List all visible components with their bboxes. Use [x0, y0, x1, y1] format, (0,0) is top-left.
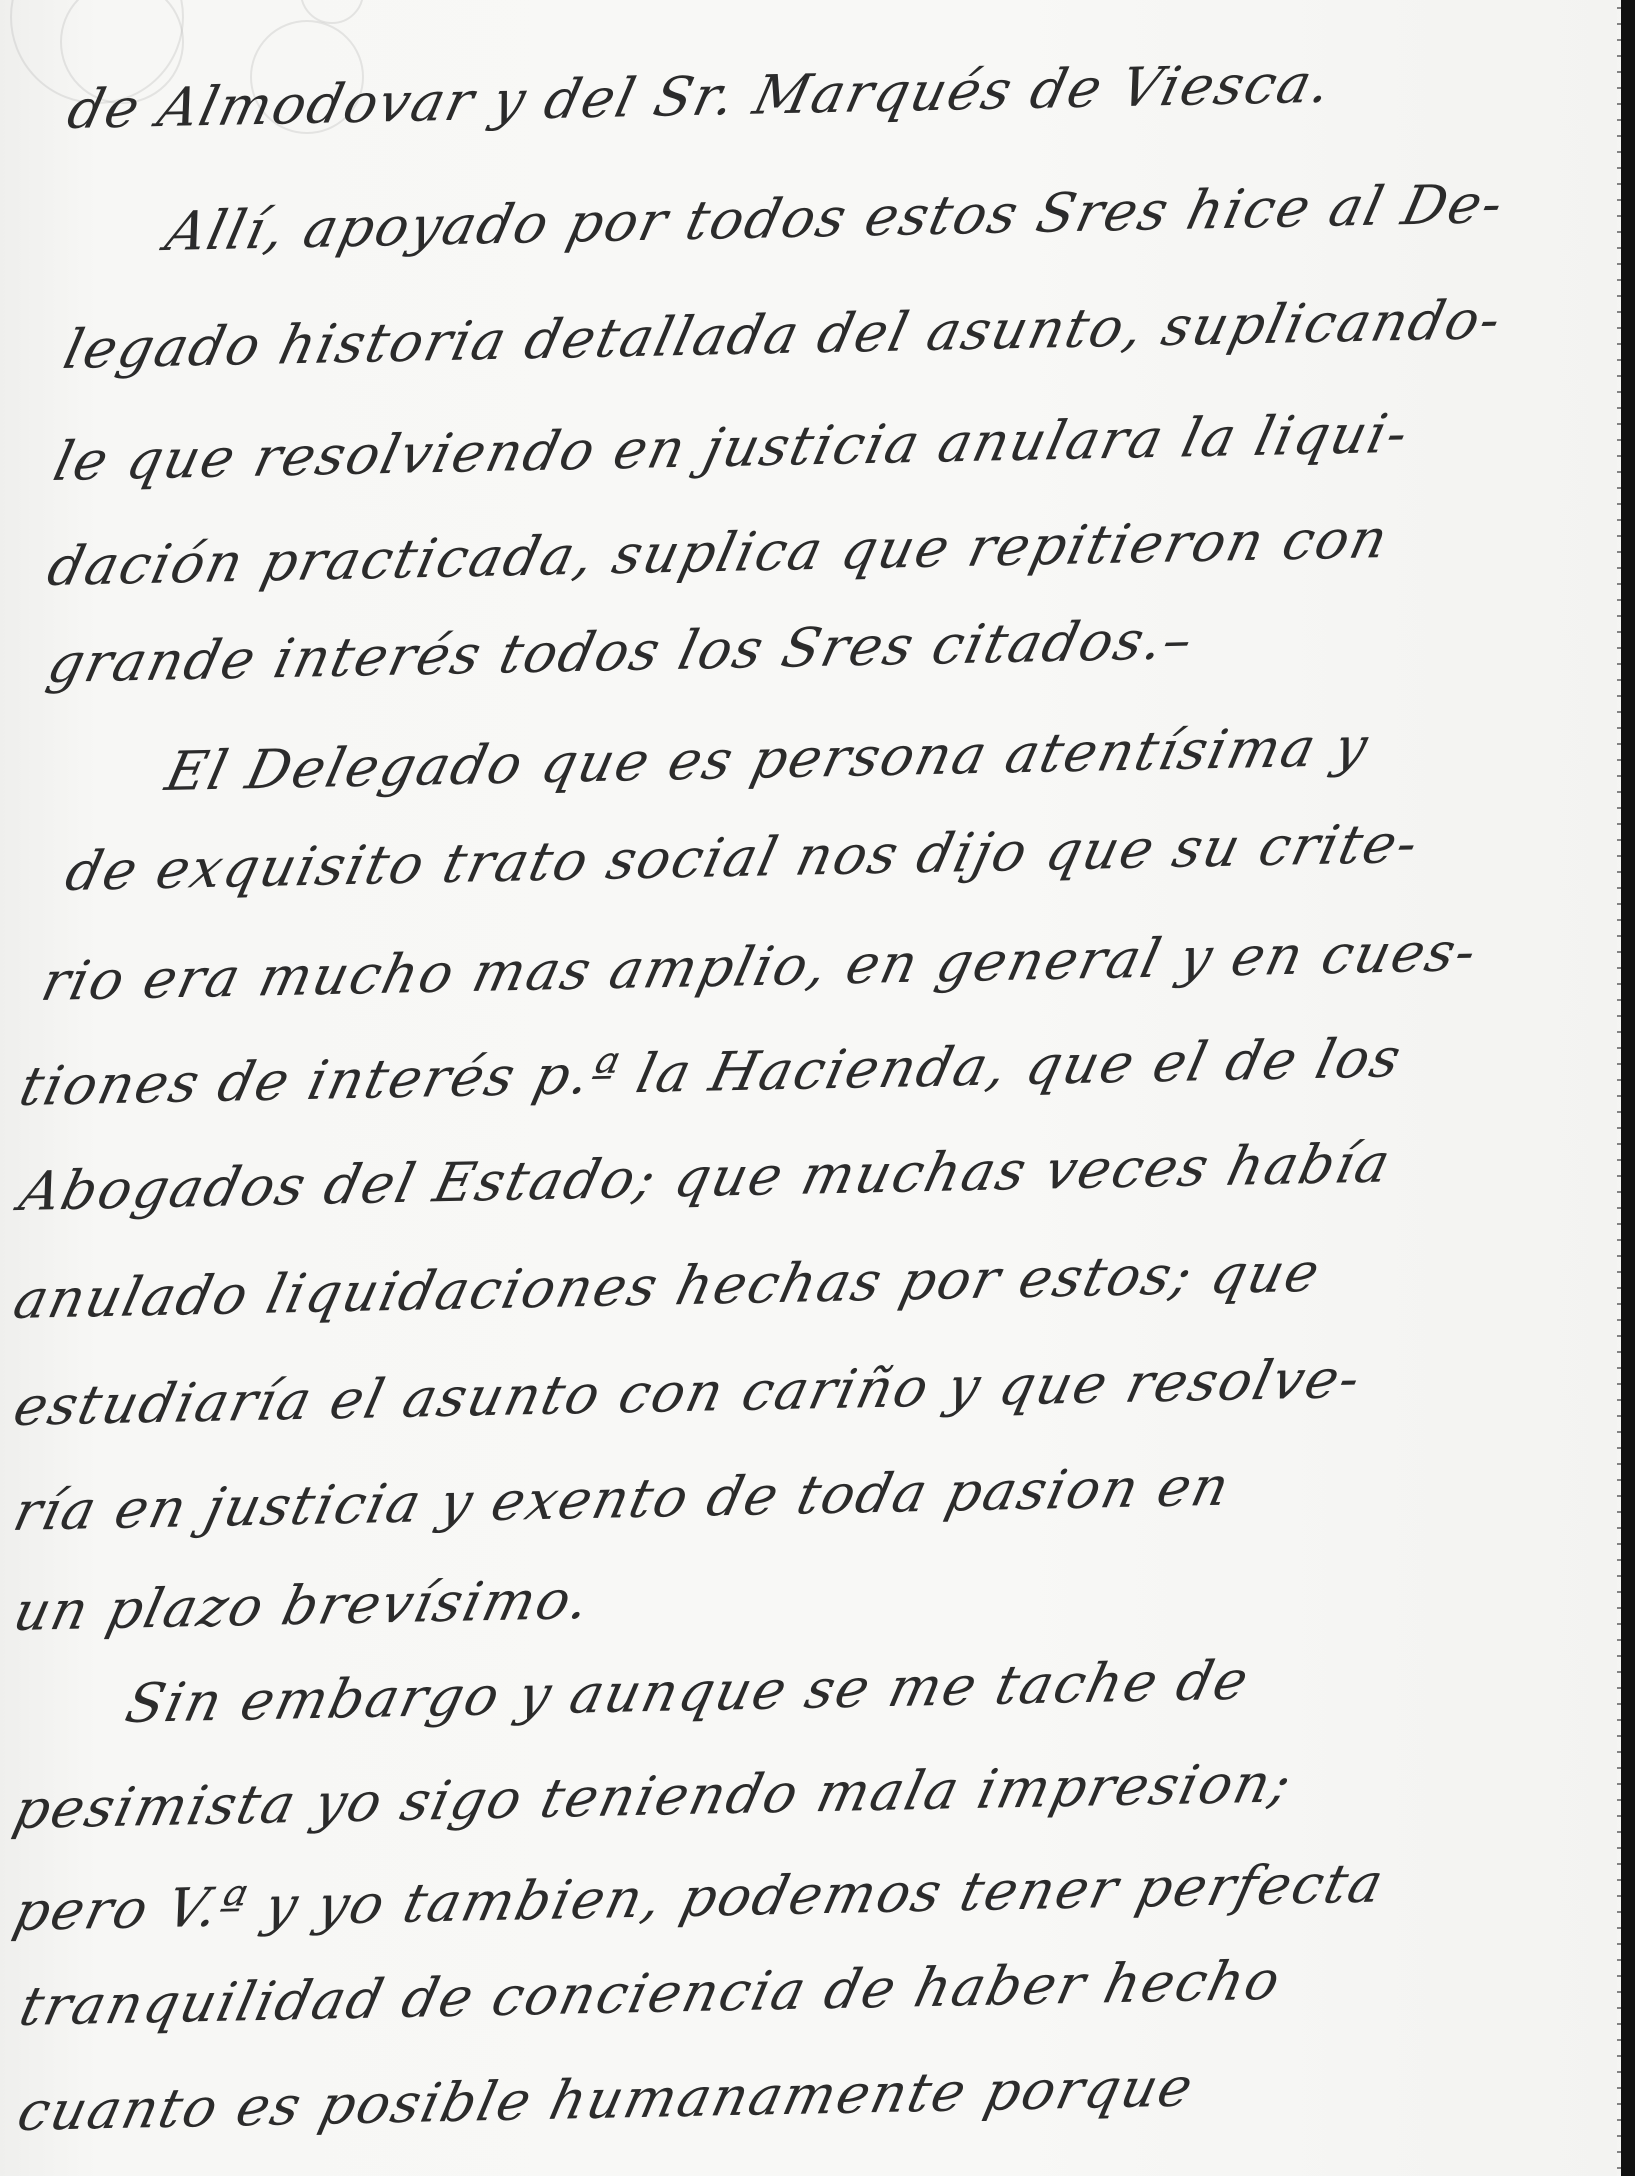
text-line: estudiaría el asunto con cariño y que re…	[8, 1347, 1368, 1438]
text-line: tranquilidad de conciencia de haber hech…	[14, 1949, 1288, 2038]
text-line: pesimista yo sigo teniendo mala impresio…	[8, 1751, 1299, 1841]
text-line: grande interés todos los Sres citados.–	[42, 608, 1200, 695]
text-line: El Delegado que es persona atentísima y	[160, 715, 1375, 803]
text-line: Allí, apoyado por todos estos Sres hice …	[160, 172, 1511, 263]
text-line: rio era mucho mas amplio, en general y e…	[36, 920, 1484, 1013]
text-line: cuanto es posible humanamente porque	[12, 2056, 1200, 2143]
text-line: Sin embargo y aunque se me tache de	[120, 1649, 1256, 1735]
text-line: dación practicada, suplica que repitiero…	[42, 507, 1395, 598]
text-line: un plazo brevísimo.	[8, 1568, 597, 1643]
scan-dark-border	[1621, 0, 1635, 2176]
text-line: Abogados del Estado; que muchas veces ha…	[14, 1131, 1398, 1223]
text-line: ría en justicia y exento de toda pasion …	[8, 1455, 1237, 1543]
text-line: de Almodovar y del Sr. Marqués de Viesca…	[62, 52, 1339, 141]
text-line: tiones de interés p.ª la Hacienda, que e…	[14, 1026, 1408, 1118]
text-line: de exquisito trato social nos dijo que s…	[60, 812, 1425, 903]
handwritten-body: de Almodovar y del Sr. Marqués de Viesca…	[0, 0, 1600, 2176]
text-line: le que resolviendo en justicia anulara l…	[48, 402, 1415, 493]
text-line: legado historia detallada del asunto, su…	[58, 288, 1508, 381]
paper-page: de Almodovar y del Sr. Marqués de Viesca…	[0, 0, 1622, 2176]
text-line: pero V.ª y yo tambien, podemos tener per…	[8, 1852, 1391, 1943]
text-line: anulado liquidaciones hechas por estos; …	[8, 1241, 1327, 1331]
